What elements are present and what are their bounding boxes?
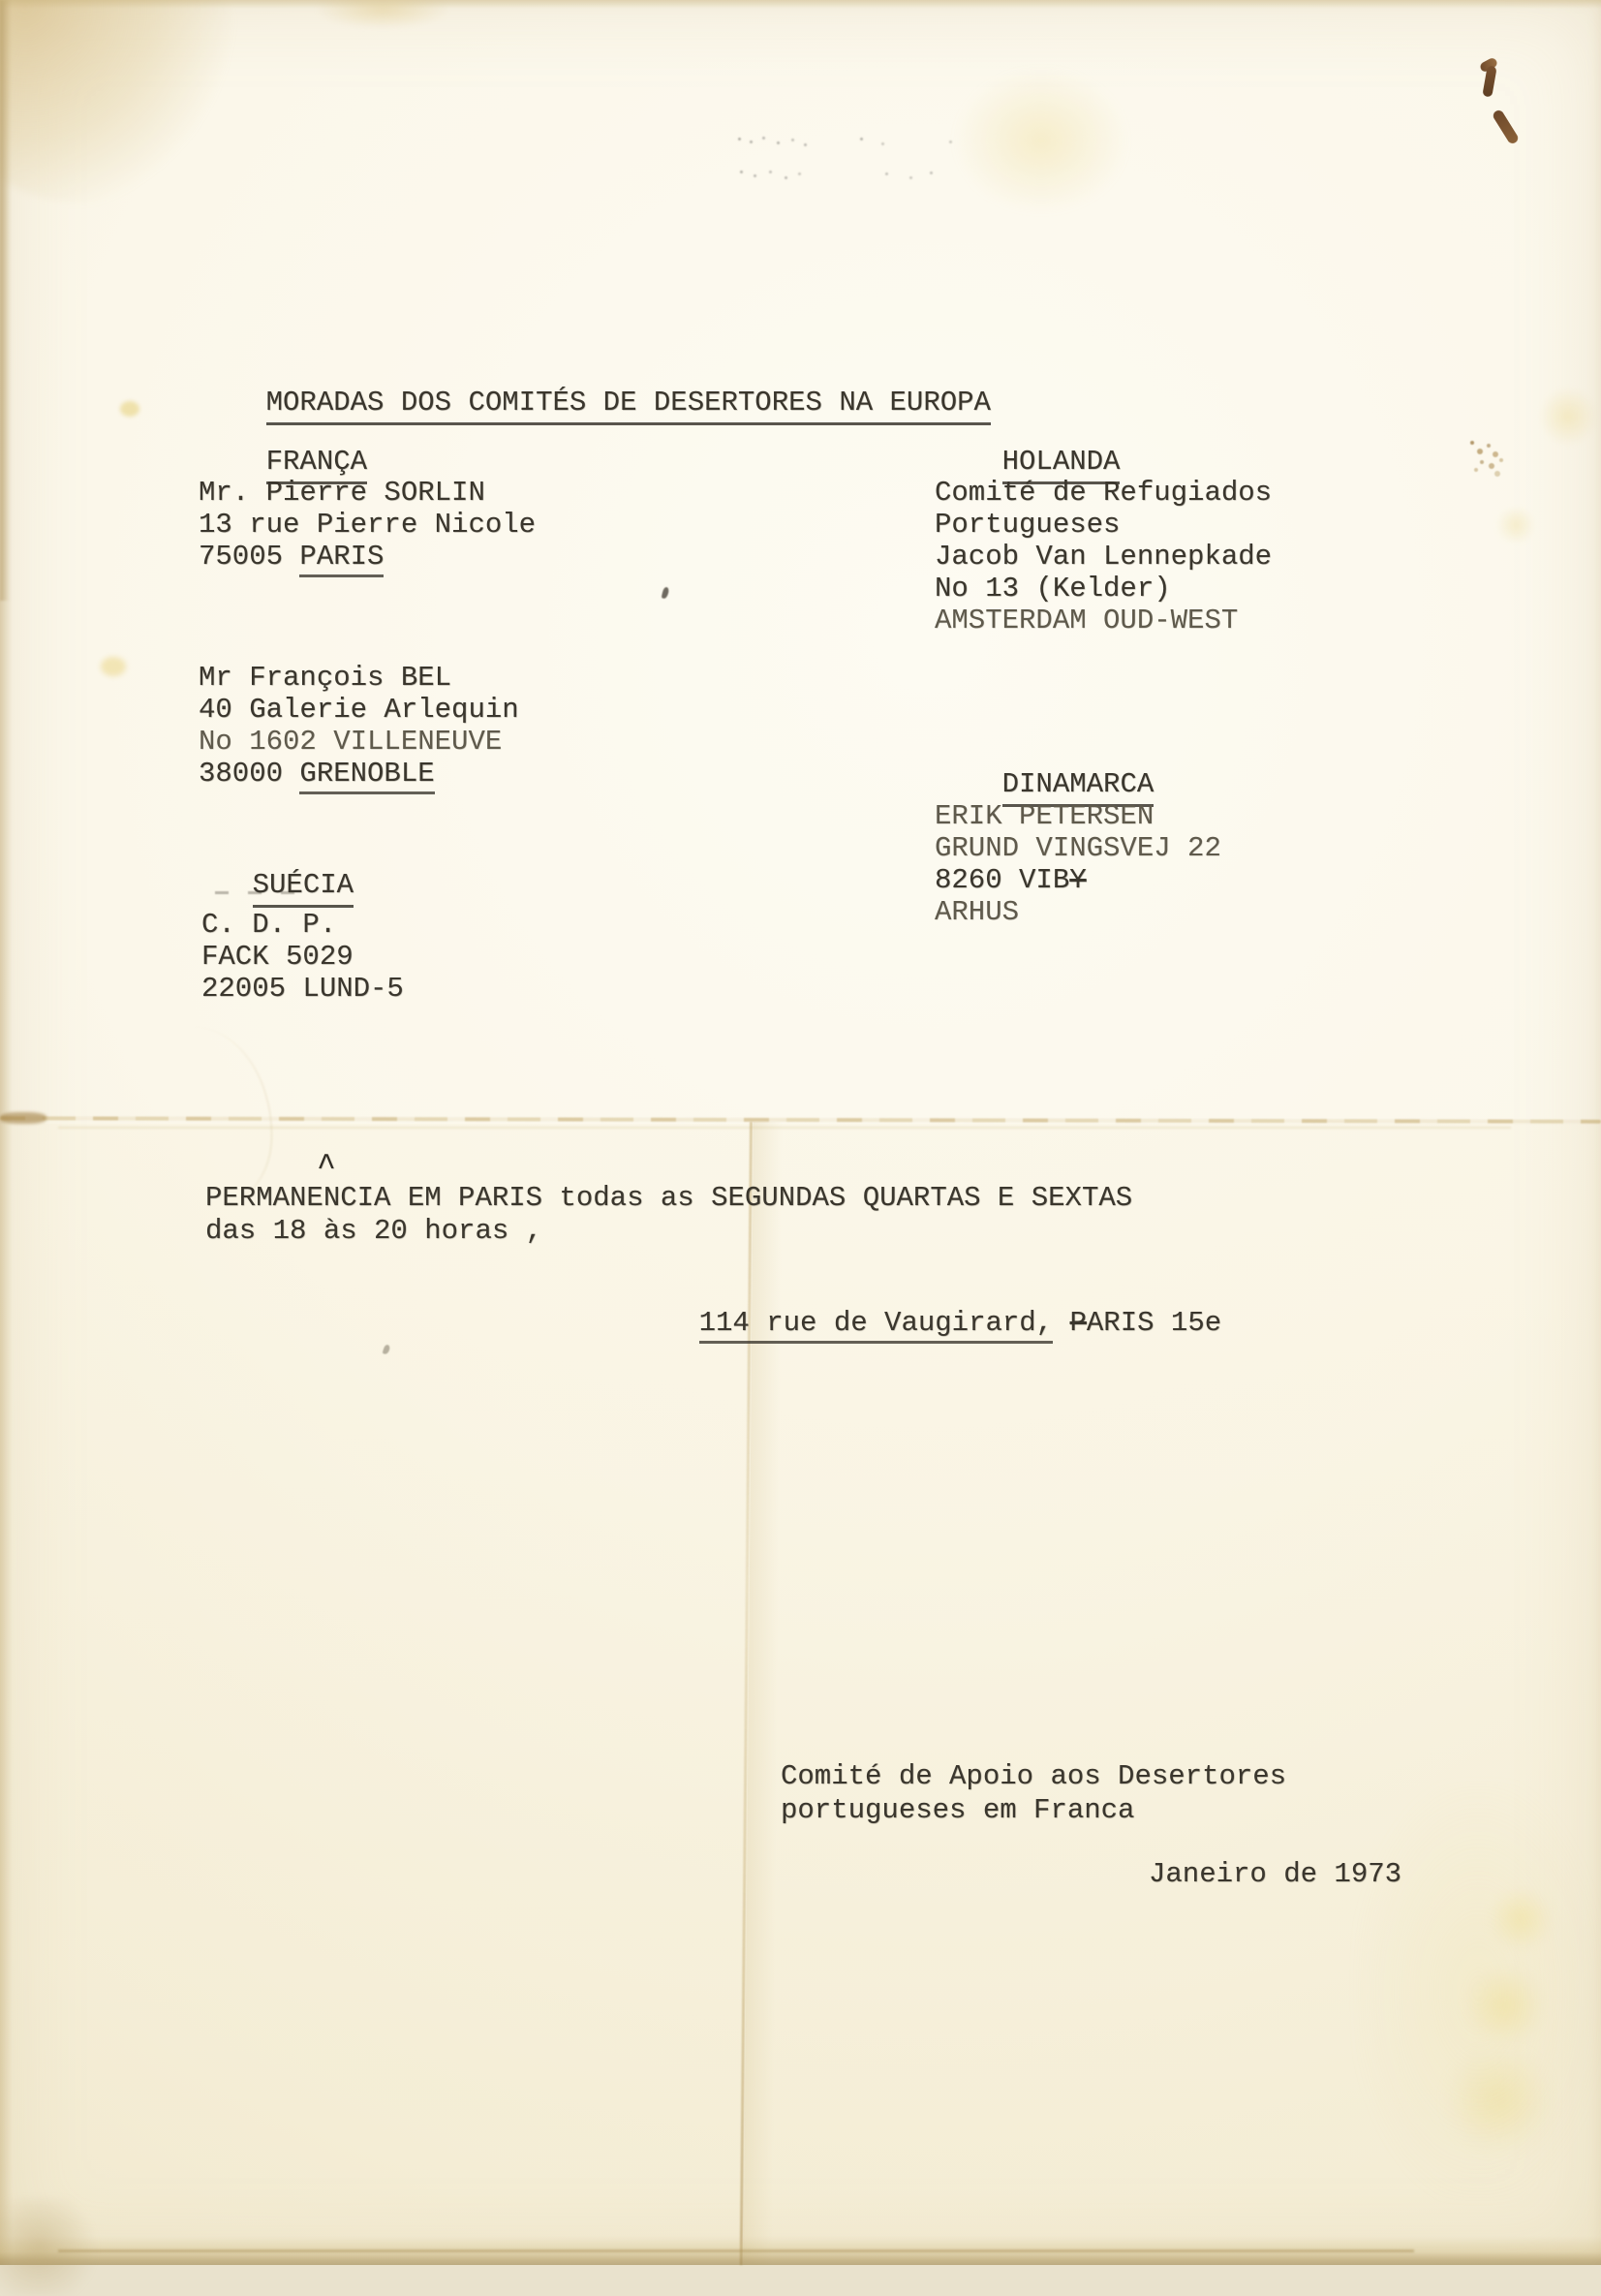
paper-stain xyxy=(120,401,139,417)
paper-speckles xyxy=(1470,441,1474,445)
paper-edge-shading xyxy=(0,0,10,601)
paper-stain xyxy=(1461,1970,1550,2042)
org-line: Comité de Apoio aos Desertores xyxy=(781,1759,1286,1793)
crease-hairline xyxy=(145,1027,272,1201)
paper-stain xyxy=(101,657,126,676)
address-line: 22005 LUND-5 xyxy=(201,973,404,1005)
paris-address-line: 114 rue de Vaugirard, PARIS 15e xyxy=(631,1275,1221,1371)
typed-circumflex-mark: ^ xyxy=(317,1151,336,1183)
address-line: Jacob Van Lennepkade xyxy=(935,541,1272,573)
org-line: portugueses em Franca xyxy=(781,1793,1286,1827)
address-line: 75005 PARIS xyxy=(199,541,536,573)
holland-contact: Comité de Refugiados Portugueses Jacob V… xyxy=(935,477,1272,636)
address-line: FACK 5029 xyxy=(201,941,404,973)
denmark-contact: ERIK PETERSEN GRUND VINGSVEJ 22 8260 VIB… xyxy=(935,800,1221,928)
rust-staple-mark xyxy=(1492,109,1520,145)
paper-stain xyxy=(1356,1783,1601,2199)
footer-date: Janeiro de 1973 xyxy=(1149,1858,1401,1890)
address-line: 38000 GRENOBLE xyxy=(199,758,519,790)
paper-stain xyxy=(1538,388,1598,446)
scanned-document-page: MORADAS DOS COMITÉS DE DESERTORES NA EUR… xyxy=(0,0,1601,2265)
permanencia-line-2: das 18 às 20 horas , xyxy=(205,1215,542,1247)
address-line: 13 rue Pierre Nicole xyxy=(199,509,536,541)
address-line: 8260 VIBY xyxy=(935,864,1221,896)
address-line: GRUND VINGSVEJ 22 xyxy=(935,832,1221,864)
permanencia-line-1: PERMANENCIA EM PARIS todas as SEGUNDAS Q… xyxy=(205,1182,1132,1214)
sweden-contact: C. D. P. FACK 5029 22005 LUND-5 xyxy=(201,909,404,1005)
paper-edge-shading xyxy=(0,0,13,2265)
address-line: ERIK PETERSEN xyxy=(935,800,1221,832)
ghost-type-marks xyxy=(740,171,743,173)
horizontal-fold-crease xyxy=(0,1116,1601,1123)
ink-speck xyxy=(662,586,670,599)
ghost-type-marks xyxy=(738,138,741,140)
address-line: Comité de Refugiados xyxy=(935,477,1272,509)
overtyped-letter: Y xyxy=(1069,864,1086,896)
address-line: Mr. Pierre SORLIN xyxy=(199,477,536,509)
paper-stain xyxy=(1493,509,1538,542)
paper-edge-shading xyxy=(0,0,1601,9)
address-line: C. D. P. xyxy=(201,909,404,941)
underlined-city: GRENOBLE xyxy=(299,758,434,794)
france-contact-2: Mr François BEL 40 Galerie Arlequin No 1… xyxy=(199,662,519,790)
address-line: AMSTERDAM OUD-WEST xyxy=(935,605,1272,636)
paper-edge-shading xyxy=(0,2236,1601,2265)
paper-stain xyxy=(1441,2052,1557,2149)
address-line: No 1602 VILLENEUVE xyxy=(199,726,519,758)
underlined-street: 114 rue de Vaugirard, xyxy=(699,1307,1053,1344)
underlined-city: PARIS xyxy=(299,541,384,577)
overtyped-letter: P xyxy=(1070,1307,1087,1339)
document-title-text: MORADAS DOS COMITÉS DE DESERTORES NA EUR… xyxy=(266,387,991,425)
paper-edge-shading xyxy=(0,2199,107,2265)
address-line: Mr François BEL xyxy=(199,662,519,694)
address-line: ARHUS xyxy=(935,896,1221,928)
fold-crease-shadow xyxy=(58,1127,1511,1129)
ink-speck xyxy=(383,1344,391,1354)
paper-edge-shading xyxy=(58,2249,1414,2252)
rust-staple-mark xyxy=(1482,65,1496,97)
paper-stain xyxy=(315,0,450,29)
address-line: 40 Galerie Arlequin xyxy=(199,694,519,726)
paper-stain xyxy=(1484,1891,1557,1947)
fold-crease-shadow xyxy=(0,1112,46,1124)
address-line: No 13 (Kelder) xyxy=(935,573,1272,605)
footer-organization: Comité de Apoio aos Desertores portugues… xyxy=(781,1759,1286,1827)
address-line: Portugueses xyxy=(935,509,1272,541)
paper-stain xyxy=(954,68,1128,213)
rust-staple-mark xyxy=(1479,56,1499,73)
france-contact-1: Mr. Pierre SORLIN 13 rue Pierre Nicole 7… xyxy=(199,477,536,573)
paper-stain xyxy=(0,0,242,203)
